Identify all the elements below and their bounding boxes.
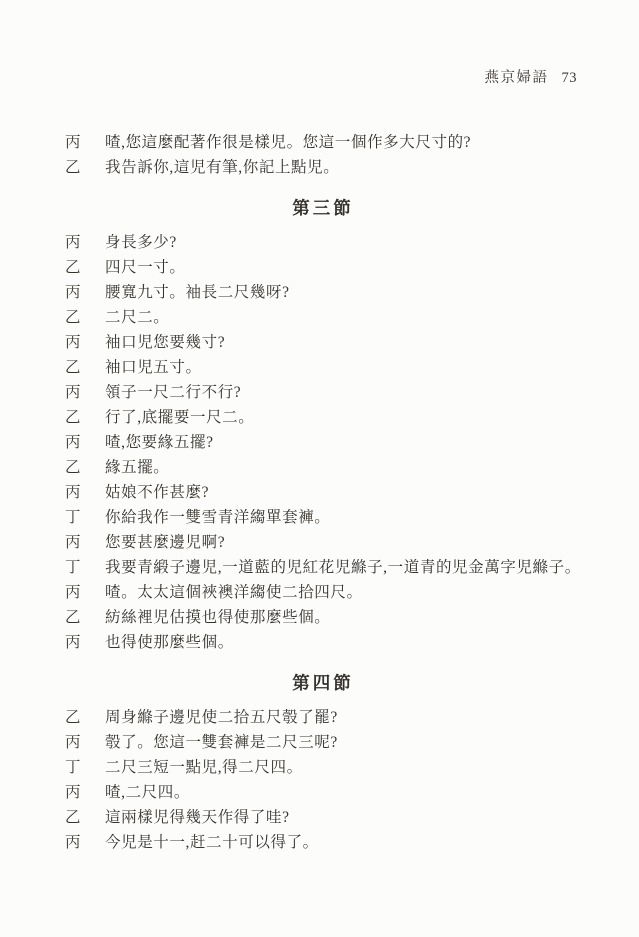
dialogue-text: 你給我作一雙雪青洋縐單套褲。 (105, 505, 581, 530)
dialogue-text: 今児是十一,赶二十可以得了。 (105, 830, 581, 855)
speaker-label: 乙 (65, 605, 105, 630)
dialogue-line: 乙 行了,底擺要一尺二。 (65, 405, 581, 430)
dialogue-text: 姑娘不作甚麼? (105, 480, 581, 505)
section-heading: 第三節 (65, 196, 581, 221)
speaker-label: 乙 (65, 255, 105, 280)
dialogue-text: 您要甚麼邊児啊? (105, 530, 581, 555)
dialogue-text: 也得使那麼些個。 (105, 630, 581, 655)
dialogue-text: 喳,您要緣五擺? (105, 430, 581, 455)
dialogue-line: 丁 你給我作一雙雪青洋縐單套褲。 (65, 505, 581, 530)
speaker-label: 丙 (65, 580, 105, 605)
dialogue-text: 彀了。您這一雙套褲是二尺三呢? (105, 730, 581, 755)
dialogue-text: 腰寬九寸。袖長二尺幾呀? (105, 280, 581, 305)
dialogue-text: 我要青緞子邊児,一道藍的児紅花児縧子,一道青的児金萬字児縧子。 (105, 555, 581, 580)
speaker-label: 丙 (65, 330, 105, 355)
dialogue-line: 乙 二尺二。 (65, 305, 581, 330)
speaker-label: 丙 (65, 530, 105, 555)
dialogue-text: 袖口児五寸。 (105, 355, 581, 380)
dialogue-text: 喳,您這麼配著作很是樣児。您這一個作多大尺寸的? (105, 130, 581, 155)
dialogue-line: 乙 袖口児五寸。 (65, 355, 581, 380)
dialogue-line: 乙 這兩樣児得幾天作得了哇? (65, 805, 581, 830)
dialogue-line: 乙 緣五擺。 (65, 455, 581, 480)
speaker-label: 乙 (65, 305, 105, 330)
dialogue-line: 丁 我要青緞子邊児,一道藍的児紅花児縧子,一道青的児金萬字児縧子。 (65, 555, 581, 580)
dialogue-line: 丙 彀了。您這一雙套褲是二尺三呢? (65, 730, 581, 755)
dialogue-line: 乙 我告訴你,這児有筆,你記上點児。 (65, 155, 581, 180)
dialogue-text: 袖口児您要幾寸? (105, 330, 581, 355)
speaker-label: 丁 (65, 505, 105, 530)
dialogue-text: 周身縧子邊児使二拾五尺彀了罷? (105, 705, 581, 730)
dialogue-line: 丙 您要甚麼邊児啊? (65, 530, 581, 555)
dialogue-line: 丙 喳,二尺四。 (65, 780, 581, 805)
dialogue-line: 丁 二尺三短一點児,得二尺四。 (65, 755, 581, 780)
speaker-label: 乙 (65, 455, 105, 480)
speaker-label: 乙 (65, 805, 105, 830)
speaker-label: 丙 (65, 130, 105, 155)
dialogue-line: 丙 領子一尺二行不行? (65, 380, 581, 405)
speaker-label: 乙 (65, 155, 105, 180)
dialogue-text: 二尺二。 (105, 305, 581, 330)
dialogue-line: 乙 周身縧子邊児使二拾五尺彀了罷? (65, 705, 581, 730)
dialogue-line: 丙 腰寬九寸。袖長二尺幾呀? (65, 280, 581, 305)
book-title: 燕京婦語 (485, 70, 549, 86)
dialogue-line: 丙 袖口児您要幾寸? (65, 330, 581, 355)
dialogue-text: 四尺一寸。 (105, 255, 581, 280)
dialogue-text: 領子一尺二行不行? (105, 380, 581, 405)
dialogue-line: 丙 喳,您這麼配著作很是樣児。您這一個作多大尺寸的? (65, 130, 581, 155)
dialogue-line: 丙 身長多少? (65, 230, 581, 255)
dialogue-line: 丙 姑娘不作甚麼? (65, 480, 581, 505)
section-heading: 第四節 (65, 671, 581, 696)
dialogue-text: 緣五擺。 (105, 455, 581, 480)
dialogue-text: 喳。太太這個裌襖洋縐使二拾四尺。 (105, 580, 581, 605)
speaker-label: 乙 (65, 405, 105, 430)
dialogue-line: 乙 四尺一寸。 (65, 255, 581, 280)
speaker-label: 丙 (65, 780, 105, 805)
dialogue-text: 喳,二尺四。 (105, 780, 581, 805)
page-header: 燕京婦語73 (485, 66, 578, 87)
dialogue-content: 丙 喳,您這麼配著作很是樣児。您這一個作多大尺寸的? 乙 我告訴你,這児有筆,你… (65, 130, 581, 855)
speaker-label: 丁 (65, 555, 105, 580)
dialogue-line: 丙 喳,您要緣五擺? (65, 430, 581, 455)
dialogue-text: 行了,底擺要一尺二。 (105, 405, 581, 430)
dialogue-text: 二尺三短一點児,得二尺四。 (105, 755, 581, 780)
dialogue-text: 我告訴你,這児有筆,你記上點児。 (105, 155, 581, 180)
speaker-label: 丙 (65, 430, 105, 455)
dialogue-text: 這兩樣児得幾天作得了哇? (105, 805, 581, 830)
dialogue-text: 身長多少? (105, 230, 581, 255)
dialogue-text: 紡絲裡児估摸也得使那麼些個。 (105, 605, 581, 630)
dialogue-line: 丙 今児是十一,赶二十可以得了。 (65, 830, 581, 855)
speaker-label: 丁 (65, 755, 105, 780)
speaker-label: 丙 (65, 730, 105, 755)
dialogue-line: 丙 喳。太太這個裌襖洋縐使二拾四尺。 (65, 580, 581, 605)
speaker-label: 丙 (65, 630, 105, 655)
dialogue-line: 乙 紡絲裡児估摸也得使那麼些個。 (65, 605, 581, 630)
speaker-label: 乙 (65, 355, 105, 380)
speaker-label: 丙 (65, 830, 105, 855)
speaker-label: 丙 (65, 280, 105, 305)
speaker-label: 丙 (65, 230, 105, 255)
speaker-label: 丙 (65, 480, 105, 505)
speaker-label: 乙 (65, 705, 105, 730)
dialogue-line: 丙 也得使那麼些個。 (65, 630, 581, 655)
page-number: 73 (562, 70, 578, 86)
page: 燕京婦語73 丙 喳,您這麼配著作很是樣児。您這一個作多大尺寸的? 乙 我告訴你… (0, 0, 639, 937)
speaker-label: 丙 (65, 380, 105, 405)
